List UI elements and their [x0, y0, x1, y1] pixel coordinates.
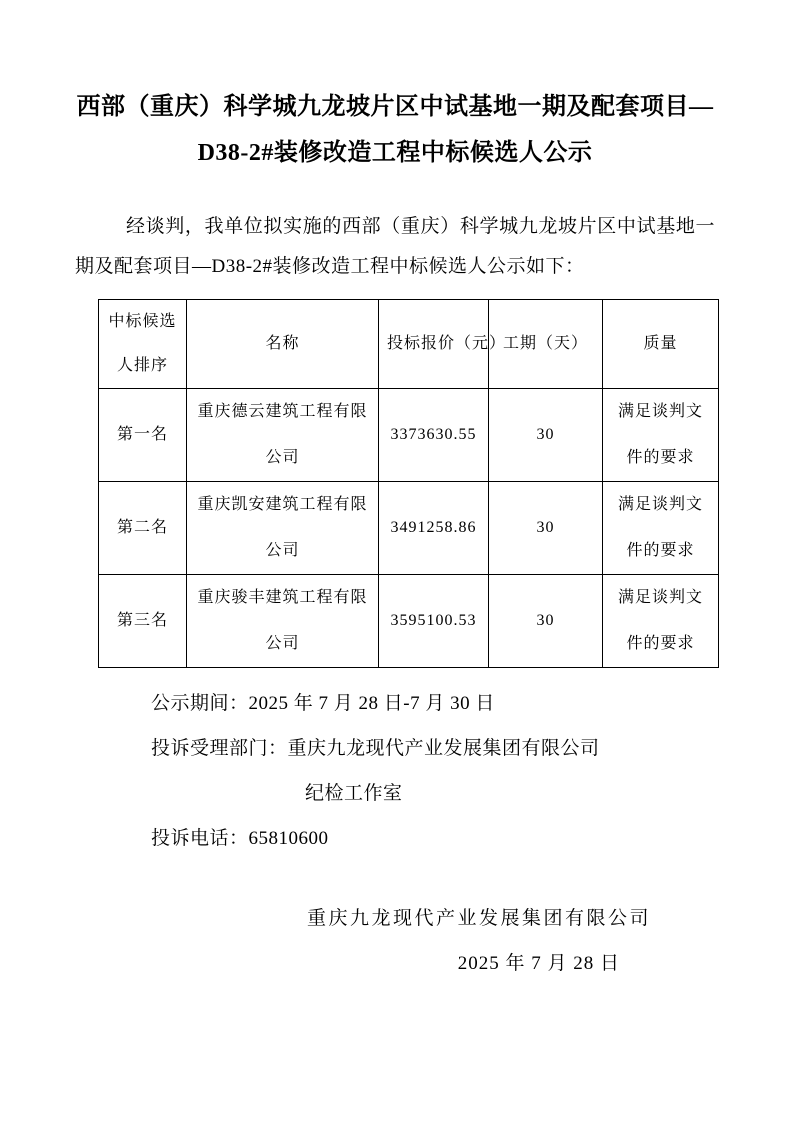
- cell-bid-price: 3491258.86: [379, 482, 489, 575]
- signature-block: 重庆九龙现代产业发展集团有限公司 2025 年 7 月 28 日: [75, 896, 715, 986]
- table-row: 第一名 重庆德云建筑工程有限公司 3373630.55 30 满足谈判文件的要求: [99, 389, 719, 482]
- complaint-phone: 投诉电话：65810600: [151, 816, 715, 861]
- cell-duration: 30: [489, 575, 603, 668]
- cell-quality: 满足谈判文件的要求: [603, 389, 719, 482]
- cell-quality: 满足谈判文件的要求: [603, 482, 719, 575]
- header-name: 名称: [187, 300, 379, 389]
- complaint-department-office: 纪检工作室: [305, 771, 715, 816]
- table-row: 第二名 重庆凯安建筑工程有限公司 3491258.86 30 满足谈判文件的要求: [99, 482, 719, 575]
- signature-date: 2025 年 7 月 28 日: [75, 941, 715, 986]
- title-line-2: D38-2#装修改造工程中标候选人公示: [75, 130, 715, 176]
- bid-candidates-table: 中标候选人排序 名称 投标报价（元） 工期（天） 质量 第一名 重庆德云建筑工程…: [98, 299, 719, 668]
- cell-bid-price: 3373630.55: [379, 389, 489, 482]
- cell-bid-price: 3595100.53: [379, 575, 489, 668]
- notice-details: 公示期间：2025 年 7 月 28 日-7 月 30 日 投诉受理部门：重庆九…: [75, 681, 715, 861]
- cell-rank: 第一名: [99, 389, 187, 482]
- signature-organization: 重庆九龙现代产业发展集团有限公司: [75, 896, 715, 941]
- cell-rank: 第三名: [99, 575, 187, 668]
- header-bid-price: 投标报价（元）: [379, 300, 489, 389]
- table-header-row: 中标候选人排序 名称 投标报价（元） 工期（天） 质量: [99, 300, 719, 389]
- page-title: 西部（重庆）科学城九龙坡片区中试基地一期及配套项目— D38-2#装修改造工程中…: [75, 84, 715, 176]
- intro-paragraph: 经谈判，我单位拟实施的西部（重庆）科学城九龙坡片区中试基地一期及配套项目—D38…: [75, 207, 715, 287]
- cell-quality: 满足谈判文件的要求: [603, 575, 719, 668]
- cell-company-name: 重庆骏丰建筑工程有限公司: [187, 575, 379, 668]
- complaint-department: 投诉受理部门：重庆九龙现代产业发展集团有限公司: [151, 726, 715, 771]
- cell-duration: 30: [489, 482, 603, 575]
- cell-duration: 30: [489, 389, 603, 482]
- cell-rank: 第二名: [99, 482, 187, 575]
- table-row: 第三名 重庆骏丰建筑工程有限公司 3595100.53 30 满足谈判文件的要求: [99, 575, 719, 668]
- cell-company-name: 重庆德云建筑工程有限公司: [187, 389, 379, 482]
- notice-period: 公示期间：2025 年 7 月 28 日-7 月 30 日: [151, 681, 715, 726]
- announcement-page: 西部（重庆）科学城九龙坡片区中试基地一期及配套项目— D38-2#装修改造工程中…: [0, 0, 793, 1122]
- header-quality: 质量: [603, 300, 719, 389]
- cell-company-name: 重庆凯安建筑工程有限公司: [187, 482, 379, 575]
- header-rank: 中标候选人排序: [99, 300, 187, 389]
- title-line-1: 西部（重庆）科学城九龙坡片区中试基地一期及配套项目—: [75, 84, 715, 130]
- header-duration: 工期（天）: [489, 300, 603, 389]
